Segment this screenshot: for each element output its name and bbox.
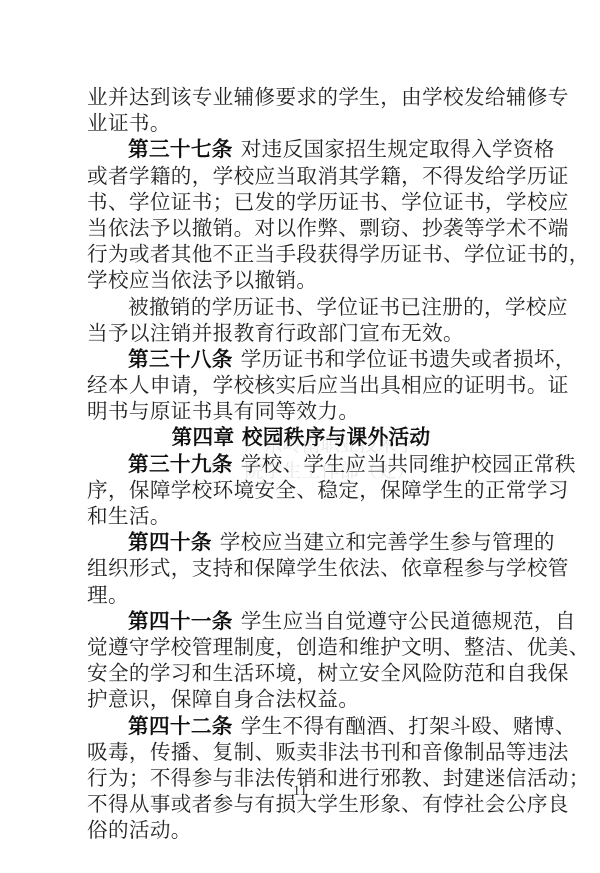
line-text: 当依法予以撤销。对以作弊、剽窃、抄袭等学术不端 bbox=[87, 216, 569, 240]
article-42-heading-line: 第四十二条学生不得有酗酒、打架斗殴、赌博、 bbox=[87, 713, 515, 739]
line-text: 学生应当自觉遵守公民道德规范，自 bbox=[241, 609, 576, 633]
article-heading: 第三十八条 bbox=[128, 347, 233, 371]
article-40-heading-line: 第四十条学校应当建立和完善学生参与管理的 bbox=[87, 529, 515, 555]
line-text: 书、学位证书；已发的学历证书、学位证书，学校应 bbox=[87, 190, 569, 214]
line-text: 理。 bbox=[87, 583, 129, 607]
text-line: 理。 bbox=[87, 582, 515, 608]
text-line: 经本人申请，学校核实后应当出具相应的证明书。证 bbox=[87, 372, 515, 398]
document-page: 广东岭南职业技术学 院学生工作部（处） 业并达到该专业辅修要求的学生，由学校发给… bbox=[0, 0, 600, 873]
article-39-heading-line: 第三十九条学校、学生应当共同维护校园正常秩 bbox=[87, 451, 515, 477]
line-text: 组织形式，支持和保障学生依法、依章程参与学校管 bbox=[87, 556, 569, 580]
line-text: 吸毒，传播、复制、贩卖非法书刊和音像制品等违法 bbox=[87, 740, 569, 764]
article-heading: 第四十二条 bbox=[128, 714, 233, 738]
chapter-heading: 第四章 校园秩序与课外活动 bbox=[87, 424, 515, 450]
line-text: 学历证书和学位证书遗失或者损坏， bbox=[241, 347, 576, 371]
page-number: 11 bbox=[0, 783, 600, 800]
line-text: 明书与原证书具有同等效力。 bbox=[87, 399, 359, 423]
line-text: 觉遵守学校管理制度，创造和维护文明、整洁、优美、 bbox=[87, 635, 590, 659]
line-text: 经本人申请，学校核实后应当出具相应的证明书。证 bbox=[87, 373, 569, 397]
text-line: 和生活。 bbox=[87, 503, 515, 529]
text-line: 序，保障学校环境安全、稳定，保障学生的正常学习 bbox=[87, 477, 515, 503]
line-text: 学校应当建立和完善学生参与管理的 bbox=[220, 530, 555, 554]
line-text: 序，保障学校环境安全、稳定，保障学生的正常学习 bbox=[87, 478, 569, 502]
article-heading: 第四十条 bbox=[128, 530, 212, 554]
article-41-heading-line: 第四十一条学生应当自觉遵守公民道德规范，自 bbox=[87, 608, 515, 634]
article-37-heading-line: 第三十七条对违反国家招生规定取得入学资格 bbox=[87, 136, 515, 162]
text-line: 当依法予以撤销。对以作弊、剽窃、抄袭等学术不端 bbox=[87, 215, 515, 241]
text-line: 业证书。 bbox=[87, 110, 515, 136]
line-text: 业并达到该专业辅修要求的学生，由学校发给辅修专 bbox=[87, 85, 569, 109]
line-text: 或者学籍的，学校应当取消其学籍，不得发给学历证 bbox=[87, 164, 569, 188]
text-line: 组织形式，支持和保障学生依法、依章程参与学校管 bbox=[87, 555, 515, 581]
text-line: 书、学位证书；已发的学历证书、学位证书，学校应 bbox=[87, 189, 515, 215]
text-line: 行为或者其他不正当手段获得学历证书、学位证书的， bbox=[87, 241, 515, 267]
line-text: 业证书。 bbox=[87, 111, 171, 135]
line-text: 学生不得有酗酒、打架斗殴、赌博、 bbox=[241, 714, 576, 738]
line-text: 护意识，保障自身合法权益。 bbox=[87, 687, 359, 711]
text-line: 安全的学习和生活环境，树立安全风险防范和自我保 bbox=[87, 660, 515, 686]
chapter-title: 第四章 校园秩序与课外活动 bbox=[172, 425, 431, 449]
text-line: 或者学籍的，学校应当取消其学籍，不得发给学历证 bbox=[87, 163, 515, 189]
text-line: 俗的活动。 bbox=[87, 817, 515, 843]
text-line: 业并达到该专业辅修要求的学生，由学校发给辅修专 bbox=[87, 84, 515, 110]
body-text: 业并达到该专业辅修要求的学生，由学校发给辅修专 业证书。 第三十七条对违反国家招… bbox=[87, 84, 515, 843]
line-text: 和生活。 bbox=[87, 504, 171, 528]
text-line: 觉遵守学校管理制度，创造和维护文明、整洁、优美、 bbox=[87, 634, 515, 660]
text-line: 护意识，保障自身合法权益。 bbox=[87, 686, 515, 712]
text-line: 当予以注销并报教育行政部门宣布无效。 bbox=[87, 320, 515, 346]
text-line: 学校应当依法予以撤销。 bbox=[87, 267, 515, 293]
article-heading: 第三十九条 bbox=[128, 452, 233, 476]
article-heading: 第三十七条 bbox=[128, 137, 233, 161]
line-text: 俗的活动。 bbox=[87, 818, 192, 842]
line-text: 行为或者其他不正当手段获得学历证书、学位证书的， bbox=[87, 242, 590, 266]
line-text: 被撤销的学历证书、学位证书已注册的，学校应 bbox=[128, 295, 568, 319]
line-text: 学校应当依法予以撤销。 bbox=[87, 268, 317, 292]
line-text: 对违反国家招生规定取得入学资格 bbox=[241, 137, 555, 161]
article-heading: 第四十一条 bbox=[128, 609, 233, 633]
text-line: 明书与原证书具有同等效力。 bbox=[87, 398, 515, 424]
text-line: 吸毒，传播、复制、贩卖非法书刊和音像制品等违法 bbox=[87, 739, 515, 765]
line-text: 安全的学习和生活环境，树立安全风险防范和自我保 bbox=[87, 661, 569, 685]
text-line: 被撤销的学历证书、学位证书已注册的，学校应 bbox=[87, 294, 515, 320]
line-text: 学校、学生应当共同维护校园正常秩 bbox=[241, 452, 576, 476]
article-38-heading-line: 第三十八条学历证书和学位证书遗失或者损坏， bbox=[87, 346, 515, 372]
line-text: 当予以注销并报教育行政部门宣布无效。 bbox=[87, 321, 464, 345]
